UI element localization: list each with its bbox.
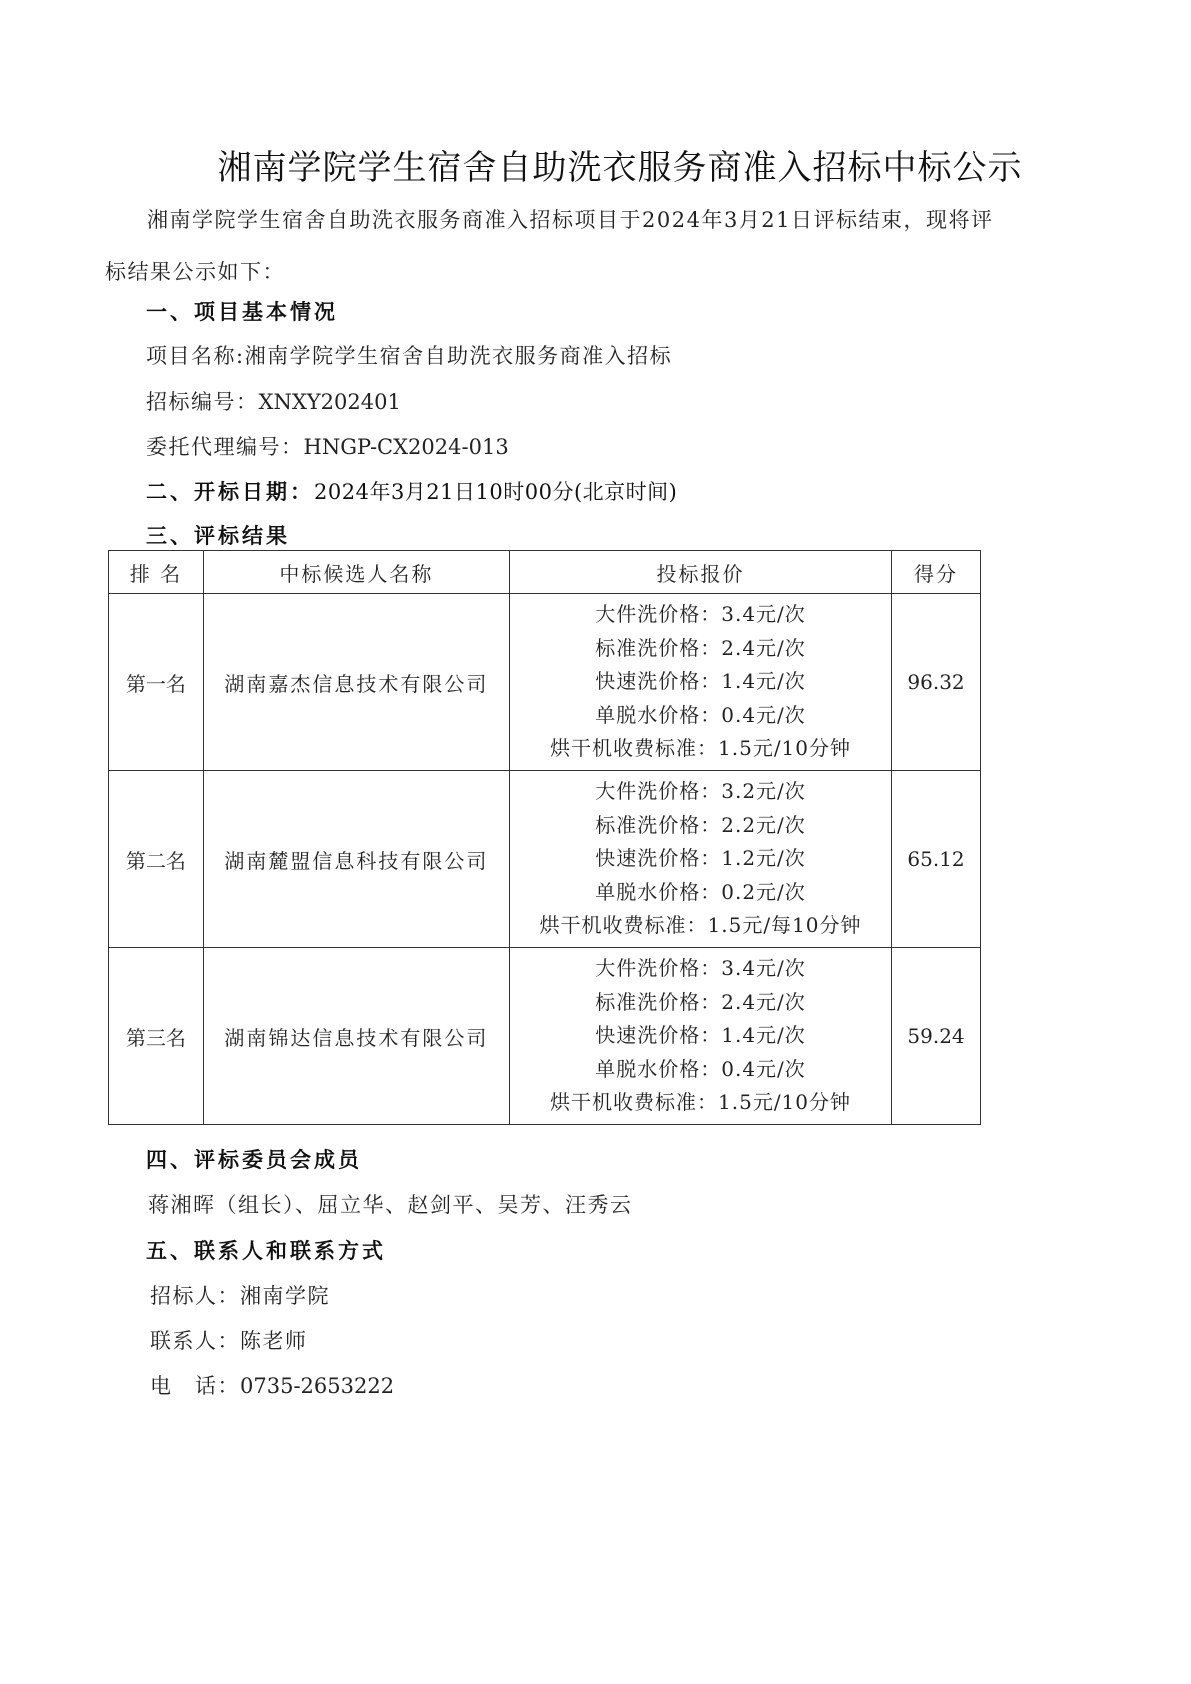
price-cell: 大件洗价格：3.4元/次 标准洗价格：2.4元/次 快速洗价格：1.4元/次 单… — [509, 594, 891, 771]
agency-number-value: HNGP-CX2024-013 — [304, 435, 509, 459]
rank-cell: 第二名 — [109, 771, 204, 948]
bid-number-label: 招标编号： — [146, 390, 259, 414]
header-bid-price: 投标报价 — [509, 551, 891, 594]
section-2-line: 二、开标日期：2024年3月21日10时00分(北京时间) — [146, 476, 677, 506]
price-line: 标准洗价格：2.4元/次 — [510, 986, 891, 1020]
score-cell: 65.12 — [892, 771, 981, 948]
opening-date-value: 2024年3月21日10时00分(北京时间) — [314, 480, 677, 504]
price-cell: 大件洗价格：3.2元/次 标准洗价格：2.2元/次 快速洗价格：1.2元/次 单… — [509, 771, 891, 948]
price-line: 单脱水价格：0.2元/次 — [510, 876, 891, 910]
price-line: 烘干机收费标准：1.5元/10分钟 — [510, 1086, 891, 1120]
tenderer-line: 招标人：湘南学院 — [150, 1280, 330, 1310]
table-header-row: 排 名 中标候选人名称 投标报价 得分 — [109, 551, 981, 594]
phone-line: 电 话：0735-2653222 — [150, 1370, 394, 1400]
candidate-name-cell: 湖南锦达信息技术有限公司 — [203, 948, 509, 1125]
price-line: 烘干机收费标准：1.5元/每10分钟 — [510, 909, 891, 943]
results-table: 排 名 中标候选人名称 投标报价 得分 第一名 湖南嘉杰信息技术有限公司 大件洗… — [108, 550, 981, 1125]
section-2-heading: 二、开标日期： — [146, 480, 314, 504]
document-title: 湘南学院学生宿舍自助洗衣服务商准入招标中标公示 — [0, 140, 1191, 189]
phone-value: 0735-2653222 — [240, 1374, 394, 1398]
tenderer-label: 招标人： — [150, 1284, 240, 1308]
rank-cell: 第一名 — [109, 594, 204, 771]
table-row: 第一名 湖南嘉杰信息技术有限公司 大件洗价格：3.4元/次 标准洗价格：2.4元… — [109, 594, 981, 771]
phone-label: 电 话： — [150, 1374, 240, 1398]
contact-label: 联系人： — [150, 1329, 240, 1353]
agency-number-line: 委托代理编号：HNGP-CX2024-013 — [146, 431, 509, 461]
price-line: 快速洗价格：1.4元/次 — [510, 1019, 891, 1053]
intro-paragraph: 湘南学院学生宿舍自助洗衣服务商准入招标项目于2024年3月21日评标结束，现将评… — [105, 194, 1005, 298]
price-line: 快速洗价格：1.2元/次 — [510, 842, 891, 876]
table-row: 第二名 湖南麓盟信息科技有限公司 大件洗价格：3.2元/次 标准洗价格：2.2元… — [109, 771, 981, 948]
project-name-value: 湘南学院学生宿舍自助洗衣服务商准入招标 — [245, 344, 673, 368]
price-line: 标准洗价格：2.4元/次 — [510, 632, 891, 666]
price-line: 标准洗价格：2.2元/次 — [510, 809, 891, 843]
section-3-heading: 三、评标结果 — [146, 520, 290, 550]
committee-members: 蒋湘晖（组长）、屈立华、赵剑平、吴芳、汪秀云 — [148, 1189, 633, 1219]
price-line: 大件洗价格：3.4元/次 — [510, 952, 891, 986]
header-candidate-name: 中标候选人名称 — [203, 551, 509, 594]
price-cell: 大件洗价格：3.4元/次 标准洗价格：2.4元/次 快速洗价格：1.4元/次 单… — [509, 948, 891, 1125]
contact-line: 联系人：陈老师 — [150, 1325, 308, 1355]
price-line: 快速洗价格：1.4元/次 — [510, 665, 891, 699]
score-cell: 59.24 — [892, 948, 981, 1125]
price-line: 大件洗价格：3.4元/次 — [510, 598, 891, 632]
candidate-name-cell: 湖南嘉杰信息技术有限公司 — [203, 594, 509, 771]
bid-number-line: 招标编号：XNXY202401 — [146, 386, 401, 416]
candidate-name-cell: 湖南麓盟信息科技有限公司 — [203, 771, 509, 948]
score-cell: 96.32 — [892, 594, 981, 771]
rank-cell: 第三名 — [109, 948, 204, 1125]
project-name-line: 项目名称:湘南学院学生宿舍自助洗衣服务商准入招标 — [146, 340, 672, 370]
price-line: 大件洗价格：3.2元/次 — [510, 775, 891, 809]
section-4-heading: 四、评标委员会成员 — [146, 1144, 362, 1174]
header-rank: 排 名 — [109, 551, 204, 594]
bid-number-value: XNXY202401 — [259, 390, 401, 414]
price-line: 单脱水价格：0.4元/次 — [510, 699, 891, 733]
section-1-heading: 一、项目基本情况 — [146, 296, 338, 326]
document-page: 湘南学院学生宿舍自助洗衣服务商准入招标中标公示 湘南学院学生宿舍自助洗衣服务商准… — [0, 0, 1191, 1684]
agency-number-label: 委托代理编号： — [146, 435, 304, 459]
table-row: 第三名 湖南锦达信息技术有限公司 大件洗价格：3.4元/次 标准洗价格：2.4元… — [109, 948, 981, 1125]
price-line: 单脱水价格：0.4元/次 — [510, 1053, 891, 1087]
tenderer-value: 湘南学院 — [240, 1284, 330, 1308]
contact-value: 陈老师 — [240, 1329, 308, 1353]
price-line: 烘干机收费标准：1.5元/10分钟 — [510, 732, 891, 766]
header-score: 得分 — [892, 551, 981, 594]
section-5-heading: 五、联系人和联系方式 — [146, 1235, 386, 1265]
project-name-label: 项目名称: — [146, 344, 245, 368]
